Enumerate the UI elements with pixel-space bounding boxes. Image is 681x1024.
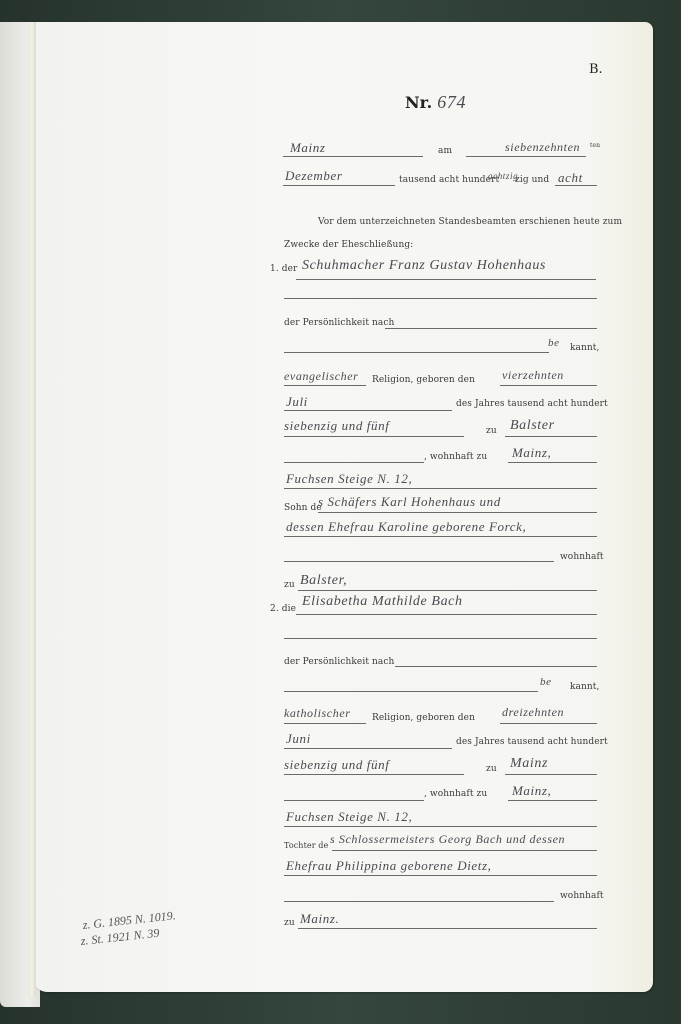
groom-zu-label: zu bbox=[486, 426, 497, 436]
bride-identity-suffix: kannt, bbox=[570, 682, 600, 692]
intro-line-2: Zwecke der Eheschließung: bbox=[284, 240, 413, 250]
header-year-unit: acht bbox=[558, 170, 583, 186]
bride-parents-line-1: s Schlossermeisters Georg Bach und desse… bbox=[330, 832, 565, 847]
number-value: 674 bbox=[437, 92, 466, 112]
bride-name: Elisabetha Mathilde Bach bbox=[302, 594, 463, 610]
groom-number: 1. der bbox=[270, 264, 297, 274]
bride-identity-value: be bbox=[540, 676, 552, 688]
record-number: Nr. 674 bbox=[405, 92, 466, 113]
groom-birth-year: siebenzig und fünf bbox=[284, 418, 389, 434]
bride-identity-label: der Persönlichkeit nach bbox=[284, 657, 394, 667]
groom-identity-value: be bbox=[548, 337, 560, 349]
groom-religion-label: Religion, geboren den bbox=[372, 375, 475, 385]
groom-birth-day: vierzehnten bbox=[502, 368, 564, 383]
bride-address: Fuchsen Steige N. 12, bbox=[286, 809, 412, 825]
bride-birth-month: Juni bbox=[286, 731, 311, 747]
groom-parents-line-1: s Schäfers Karl Hohenhaus und bbox=[318, 494, 501, 510]
header-year-decade: achtzig bbox=[488, 171, 518, 181]
header-day: siebenzehnten bbox=[505, 140, 580, 155]
header-month: Dezember bbox=[285, 168, 343, 184]
bride-residence: Mainz, bbox=[512, 783, 551, 799]
bride-birth-year: siebenzig und fünf bbox=[284, 757, 389, 773]
groom-religion: evangelischer bbox=[284, 369, 358, 384]
groom-parents-residence: Balster, bbox=[300, 573, 347, 589]
groom-identity-label: der Persönlichkeit nach bbox=[284, 318, 394, 328]
bride-parents-label: Tochter de bbox=[284, 841, 328, 850]
groom-parents-zu: zu bbox=[284, 580, 295, 590]
groom-name: Schuhmacher Franz Gustav Hohenhaus bbox=[302, 258, 546, 274]
label-zig-und: zig und bbox=[515, 175, 549, 185]
book-gutter bbox=[28, 22, 36, 997]
bride-parents-residence-label: wohnhaft bbox=[560, 891, 604, 901]
bride-year-label: des Jahres tausend acht hundert bbox=[456, 737, 608, 747]
intro-line-1: Vor dem unterzeichneten Standesbeamten e… bbox=[318, 217, 622, 227]
bride-zu-label: zu bbox=[486, 764, 497, 774]
header-day-suffix: ten bbox=[590, 142, 600, 149]
number-label: Nr. bbox=[405, 93, 432, 112]
bride-religion-label: Religion, geboren den bbox=[372, 713, 475, 723]
groom-residence-label: , wohnhaft zu bbox=[424, 452, 487, 462]
bride-religion: katholischer bbox=[284, 706, 351, 721]
groom-parents-label: Sohn de bbox=[284, 503, 322, 513]
groom-address: Fuchsen Steige N. 12, bbox=[286, 471, 412, 487]
groom-parents-line-2: dessen Ehefrau Karoline geborene Forck, bbox=[286, 519, 526, 535]
section-letter: B. bbox=[589, 62, 603, 77]
groom-parents-residence-label: wohnhaft bbox=[560, 552, 604, 562]
bride-parents-residence: Mainz. bbox=[300, 911, 339, 927]
label-year-printed: tausend acht hundert bbox=[399, 175, 499, 185]
groom-residence: Mainz, bbox=[512, 445, 551, 461]
bride-number: 2. die bbox=[270, 604, 296, 614]
bride-parents-line-2: Ehefrau Philippina geborene Dietz, bbox=[286, 858, 492, 874]
groom-birth-place: Balster bbox=[510, 418, 555, 434]
bride-birth-place: Mainz bbox=[510, 756, 548, 772]
label-am: am bbox=[438, 146, 452, 156]
header-place: Mainz bbox=[290, 140, 326, 156]
groom-identity-suffix: kannt, bbox=[570, 343, 600, 353]
bride-parents-zu: zu bbox=[284, 918, 295, 928]
bride-residence-label: , wohnhaft zu bbox=[424, 789, 487, 799]
groom-year-label: des Jahres tausend acht hundert bbox=[456, 399, 608, 409]
groom-birth-month: Juli bbox=[286, 394, 308, 410]
bride-birth-day: dreizehnten bbox=[502, 705, 564, 720]
